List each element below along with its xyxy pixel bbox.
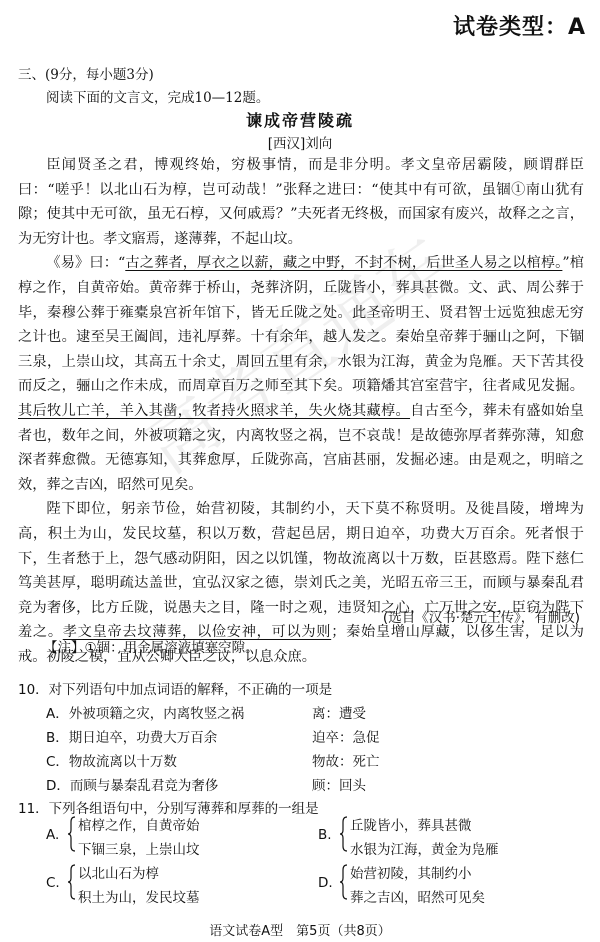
brace-icon — [68, 816, 76, 852]
question-10-option-c-gloss: 物故：死亡 — [312, 750, 380, 770]
brace-icon — [340, 864, 348, 900]
question-10-option-b: B．期日迫卒，功费大万百余 — [46, 726, 217, 746]
option-line-1: 棺椁之作，自黄帝始 — [78, 814, 200, 834]
question-10-option-b-gloss: 迫卒：急促 — [312, 726, 380, 746]
brace-icon — [340, 816, 348, 852]
text-span: ” — [562, 255, 569, 271]
passage-paragraph-2: 《易》曰：“古之葬者，厚衣之以薪，藏之中野，不封不树，后世圣人易之以棺椁。”棺椁… — [18, 251, 584, 497]
passage-title: 谏成帝营陵疏 — [0, 108, 600, 131]
passage-paragraph-1: 臣闻贤圣之君，博观终始，穷极事情，而是非分明。孝文皇帝居霸陵，顾谓群臣曰：“嗟乎… — [18, 153, 584, 251]
option-line-2: 积土为山，发民坟墓 — [78, 886, 200, 906]
option-label: A. — [46, 827, 59, 843]
option-line-1: 始营初陵，其制约小 — [350, 862, 472, 882]
option-line-2: 水银为江海，黄金为凫雁 — [350, 838, 499, 858]
underlined-sentence: 其后牧儿亡羊，羊入其凿，牧者持火照求羊，失火烧其藏椁。 — [18, 403, 410, 419]
option-line-1: 丘陇皆小，葬具甚微 — [350, 814, 472, 834]
brace-icon — [68, 864, 76, 900]
paper-type-label: 试卷类型：A — [453, 10, 586, 41]
question-10-option-d: D．而顾与暴秦乱君竞为奢侈 — [46, 774, 218, 794]
option-line-2: 下锢三泉，上崇山坟 — [78, 838, 200, 858]
underlined-quote: 古之葬者，厚衣之以薪，藏之中野，不封不树，后世圣人易之以棺椁。 — [125, 255, 562, 271]
option-line-1: 以北山石为椁 — [78, 862, 159, 882]
option-label: C. — [46, 875, 60, 891]
passage-body: 臣闻贤圣之君，博观终始，穷极事情，而是非分明。孝文皇帝居霸陵，顾谓群臣曰：“嗟乎… — [18, 153, 584, 669]
section-heading: 三、(9分，每小题3分) — [18, 63, 154, 83]
question-10-option-a: A．外被项籍之灾，内离牧竖之祸 — [46, 702, 244, 722]
text-span: 《易》曰：“ — [46, 255, 125, 271]
question-10-stem: 10．对下列语句中加点词语的解释，不正确的一项是 — [18, 678, 332, 698]
page-footer: 语文试卷A型 第5页（共8页） — [0, 920, 600, 939]
passage-source: (选自《汉书·楚元王传》，有删改) — [383, 606, 580, 626]
option-label: B. — [318, 827, 332, 843]
question-10-option-d-gloss: 顾：回头 — [312, 774, 366, 794]
option-line-2: 葬之吉凶，昭然可见矣 — [350, 886, 485, 906]
question-10-option-a-gloss: 离：遭受 — [312, 702, 366, 722]
question-10-option-c: C．物故流离以十万数 — [46, 750, 177, 770]
passage-note: 【注】①锢：用金属溶液填塞空隙。 — [44, 636, 259, 656]
text-span: 棺椁之作，自黄帝始。黄帝葬于桥山，尧葬济阴，丘陇皆小，葬具甚微。文、武、周公葬于… — [18, 255, 584, 394]
option-label: D. — [318, 875, 333, 891]
section-instruction: 阅读下面的文言文，完成10—12题。 — [46, 86, 269, 106]
passage-author: [西汉]刘向 — [0, 132, 600, 152]
